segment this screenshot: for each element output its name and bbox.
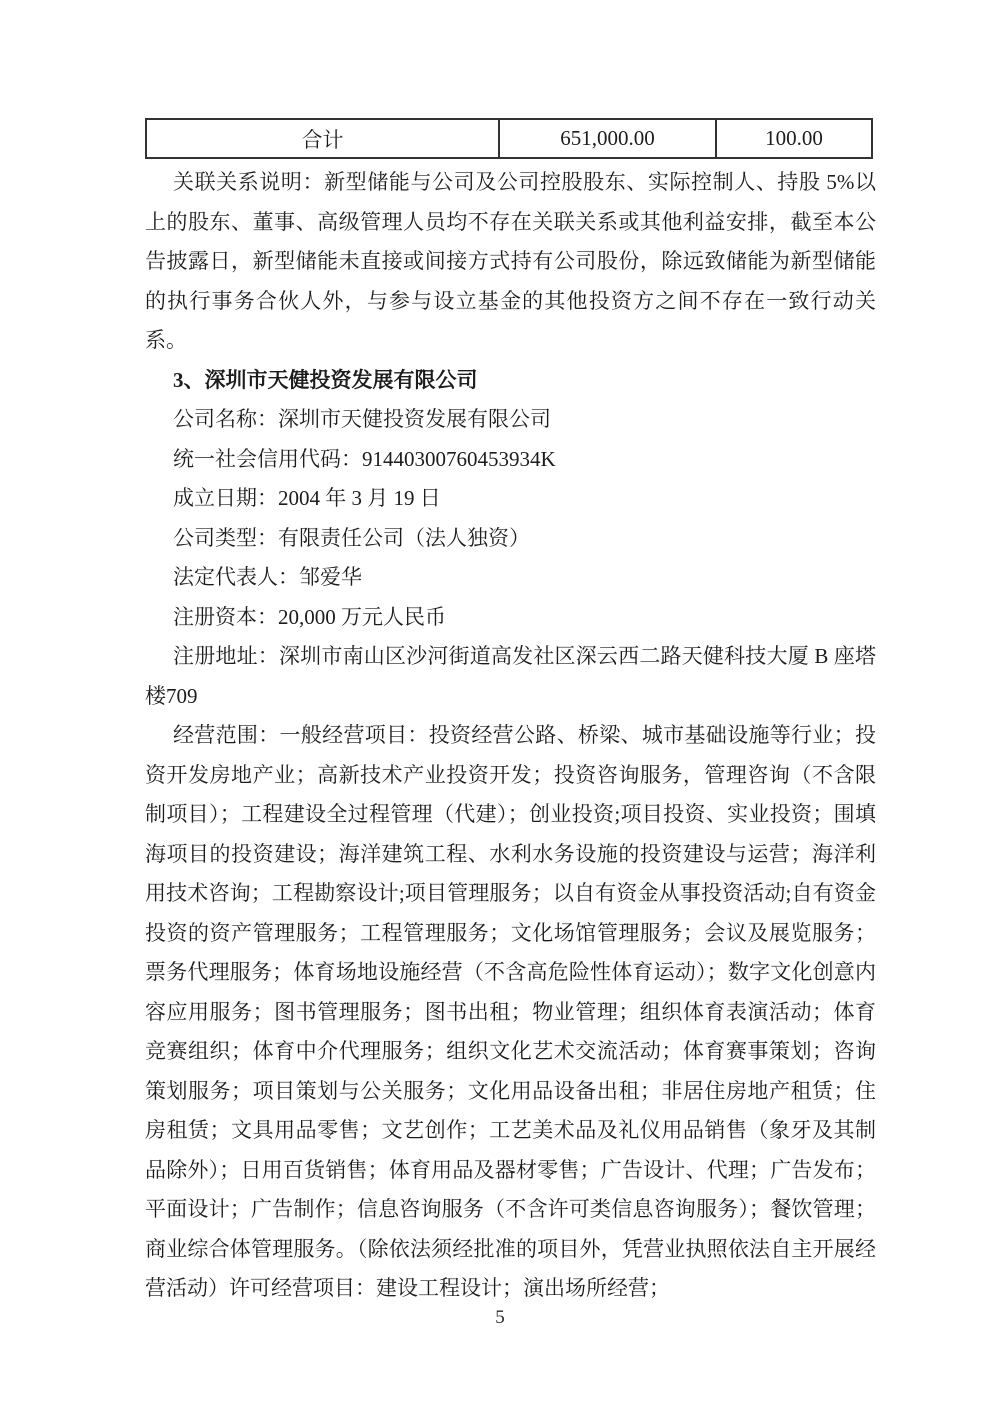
- total-percent-cell: 100.00: [716, 119, 872, 158]
- relation-note-paragraph: 关联关系说明：新型储能与公司及公司控股股东、实际控制人、持股 5%以上的股东、董…: [145, 163, 876, 361]
- shareholding-summary-table: 合计 651,000.00 100.00: [145, 118, 873, 159]
- field-registered-capital: 注册资本：20,000 万元人民币: [145, 598, 876, 638]
- field-company-type: 公司类型：有限责任公司（法人独资）: [145, 519, 876, 559]
- total-amount-cell: 651,000.00: [499, 119, 716, 158]
- business-scope-paragraph: 经营范围：一般经营项目：投资经营公路、桥梁、城市基础设施等行业；投资开发房地产业…: [145, 716, 876, 1309]
- total-label-cell: 合计: [146, 119, 499, 158]
- body-text: 关联关系说明：新型储能与公司及公司控股股东、实际控制人、持股 5%以上的股东、董…: [145, 163, 876, 1309]
- table-total-row: 合计 651,000.00 100.00: [146, 119, 872, 158]
- page-number: 5: [0, 1304, 1000, 1332]
- field-credit-code: 统一社会信用代码：91440300760453934K: [145, 440, 876, 480]
- content-area: 合计 651,000.00 100.00 关联关系说明：新型储能与公司及公司控股…: [145, 118, 876, 1309]
- document-page: 合计 651,000.00 100.00 关联关系说明：新型储能与公司及公司控股…: [0, 0, 1000, 1414]
- field-established-date: 成立日期：2004 年 3 月 19 日: [145, 479, 876, 519]
- field-company-name: 公司名称：深圳市天健投资发展有限公司: [145, 400, 876, 440]
- field-legal-representative: 法定代表人：邹爱华: [145, 558, 876, 598]
- field-registered-address: 注册地址：深圳市南山区沙河街道高发社区深云西二路天健科技大厦 B 座塔楼709: [145, 637, 876, 716]
- section-3-heading: 3、深圳市天健投资发展有限公司: [145, 361, 876, 401]
